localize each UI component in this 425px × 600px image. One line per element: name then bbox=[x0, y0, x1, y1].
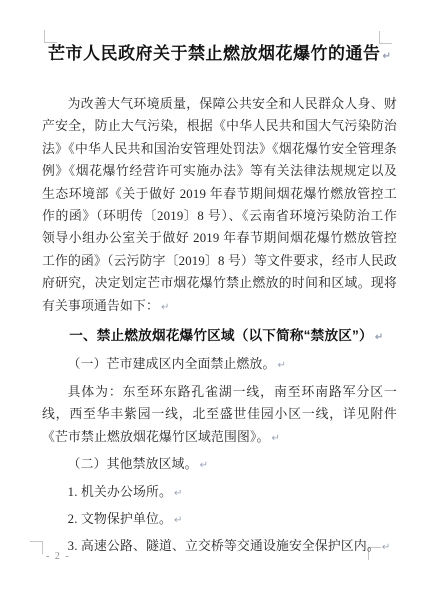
paragraph-text: （一）芒市建成区内全面禁止燃放。 bbox=[68, 357, 276, 371]
paragraph-mark: ↵ bbox=[375, 332, 383, 343]
paragraph-intro: 为改善大气环境质量，保障公共安全和人民群众人身、财产安全，防止大气污染，根据《中… bbox=[42, 93, 397, 319]
list-item-text: 3. 高速公路、隧道、立交桥等交通设施安全保护区内。 bbox=[68, 539, 380, 553]
list-item-3: 3. 高速公路、隧道、立交桥等交通设施安全保护区内。↵ bbox=[42, 535, 397, 559]
section-heading-text: 一、禁止燃放烟花爆竹区域（以下简称“禁放区”） bbox=[69, 328, 373, 343]
paragraph-subsection-1: （一）芒市建成区内全面禁止燃放。↵ bbox=[42, 353, 397, 377]
paragraph-mark: ↵ bbox=[383, 51, 391, 62]
list-item-text: 1. 机关办公场所。 bbox=[68, 485, 172, 499]
paragraph-text: （二）其他禁放区域。 bbox=[68, 457, 198, 471]
paragraph-mark: ↵ bbox=[174, 488, 182, 499]
paragraph-mark: ↵ bbox=[161, 302, 169, 313]
document-content: 芒市人民政府关于禁止燃放烟花爆竹的通告↵ 为改善大气环境质量，保障公共安全和人民… bbox=[42, 42, 397, 560]
list-item-1: 1. 机关办公场所。↵ bbox=[42, 481, 397, 505]
page-number: - 2 - bbox=[46, 551, 70, 562]
paragraph-mark: ↵ bbox=[272, 433, 280, 444]
list-item-text: 2. 文物保护单位。 bbox=[68, 512, 172, 526]
paragraph-mark: ↵ bbox=[174, 515, 182, 526]
paragraph-mark: ↵ bbox=[200, 460, 208, 471]
list-item-2: 2. 文物保护单位。↵ bbox=[42, 508, 397, 532]
page-footer: - 2 - bbox=[46, 551, 70, 562]
section-heading: 一、禁止燃放烟花爆竹区域（以下简称“禁放区”）↵ bbox=[42, 325, 397, 349]
paragraph-detail: 具体为：东至环东路孔雀湖一线，南至环南路军分区一线，西至华丰紫园一线，北至盛世佳… bbox=[42, 381, 397, 450]
document-title-text: 芒市人民政府关于禁止燃放烟花爆竹的通告 bbox=[48, 44, 381, 63]
paragraph-mark: ↵ bbox=[278, 360, 286, 371]
document-page: 芒市人民政府关于禁止燃放烟花爆竹的通告↵ 为改善大气环境质量，保障公共安全和人民… bbox=[0, 0, 425, 600]
paragraph-subsection-2: （二）其他禁放区域。↵ bbox=[42, 453, 397, 477]
paragraph-mark: ↵ bbox=[382, 542, 390, 553]
document-title: 芒市人民政府关于禁止燃放烟花爆竹的通告↵ bbox=[42, 42, 397, 69]
paragraph-text: 具体为：东至环东路孔雀湖一线，南至环南路军分区一线，西至华丰紫园一线，北至盛世佳… bbox=[42, 385, 397, 444]
paragraph-text: 为改善大气环境质量，保障公共安全和人民群众人身、财产安全，防止大气污染，根据《中… bbox=[42, 97, 397, 313]
